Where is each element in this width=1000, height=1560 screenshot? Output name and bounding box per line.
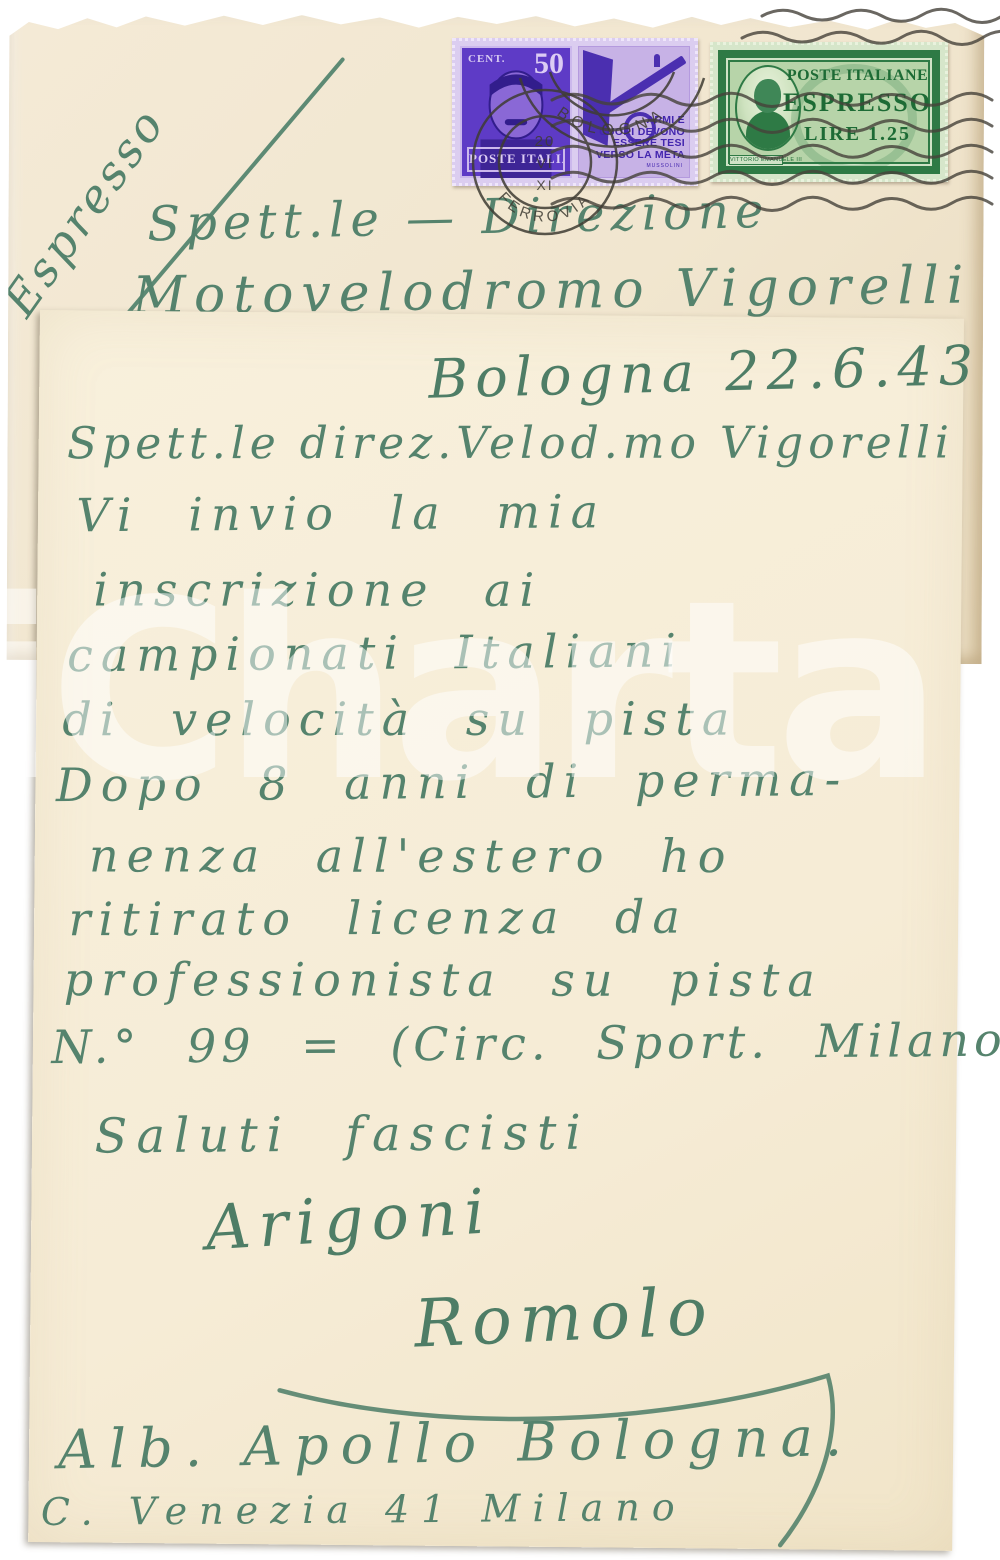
propaganda-stamp: CENT. 50 POSTE ITALIANE ARMI E CUORI DEV… [452, 38, 698, 186]
letter-body-line: nenza all'estero ho [89, 828, 733, 883]
slogan-line: ESSERE TESI [596, 138, 685, 150]
signature-last-name: Romolo [413, 1273, 717, 1363]
signature-first-name: Arigoni [204, 1174, 495, 1264]
propaganda-slogan: ARMI E CUORI DEVONO ESSERE TESI VERSO LA… [596, 115, 685, 161]
salutation-left: Spett.le direz. [67, 418, 456, 469]
letter-body-line: inscrizione ai [94, 563, 543, 617]
letter-paper: Bologna 22.6.43 Spett.le direz. Velod.mo… [28, 310, 964, 1551]
espresso-stamp-portrait-block: VITTORIO EMANUELE III [726, 58, 783, 166]
letter-salutation: Spett.le direz. Velod.mo Vigorelli [67, 417, 943, 469]
stamp-country-banner: POSTE ITALIANE [467, 147, 565, 172]
espresso-stamp: VITTORIO EMANUELE III POSTE ITALIANE ESP… [710, 42, 948, 182]
espresso-stamp-text-block: POSTE ITALIANE ESPRESSO LIRE 1.25 [783, 58, 932, 166]
stamp-service: ESPRESSO [783, 88, 932, 118]
stamp-denomination: LIRE 1.25 [783, 123, 932, 146]
propaganda-stamp-portrait-panel: CENT. 50 POSTE ITALIANE [460, 46, 572, 178]
letter-body-line: ritirato licenza da [68, 890, 688, 947]
letter-body-line: Dopo 8 anni di perma- [56, 752, 849, 812]
propaganda-stamp-slogan-panel: ARMI E CUORI DEVONO ESSERE TESI VERSO LA… [578, 46, 690, 178]
letter-body-line: di velocità su pista [62, 692, 737, 747]
salutation-right: Velod.mo Vigorelli [456, 417, 954, 468]
letter-body-line: N.° 99 = (Circ. Sport. Milano) [51, 1012, 1000, 1074]
slogan-line: ARMI E [596, 115, 685, 127]
scanned-letter-page: Espresso Spett.le — Direzione Motovelodr… [0, 0, 1000, 1560]
letter-body-line: campionati Italiani [67, 623, 684, 682]
envelope-address-line1: Spett.le — Direzione [147, 183, 770, 253]
letter-footer-line1: Alb. Apollo Bologna. [57, 1405, 854, 1481]
espresso-stamp-frame: VITTORIO EMANUELE III POSTE ITALIANE ESP… [718, 50, 940, 174]
slogan-author: MUSSOLINI [646, 163, 683, 169]
portrait-head-icon [754, 79, 781, 113]
letter-body-line: Vi invio la mia [76, 484, 606, 542]
portrait-caption: VITTORIO EMANUELE III [729, 155, 783, 165]
letter-closing: Saluti fascisti [94, 1105, 590, 1165]
slogan-line: VERSO LA META [596, 150, 685, 162]
stamp-country: POSTE ITALIANE [783, 67, 932, 85]
letter-dateline: Bologna 22.6.43 [428, 334, 981, 411]
soldier-icon [654, 54, 660, 67]
letter-body-line: professionista su pista [64, 952, 823, 1007]
letter-footer-line2: C. Venezia 41 Milano [41, 1485, 687, 1534]
